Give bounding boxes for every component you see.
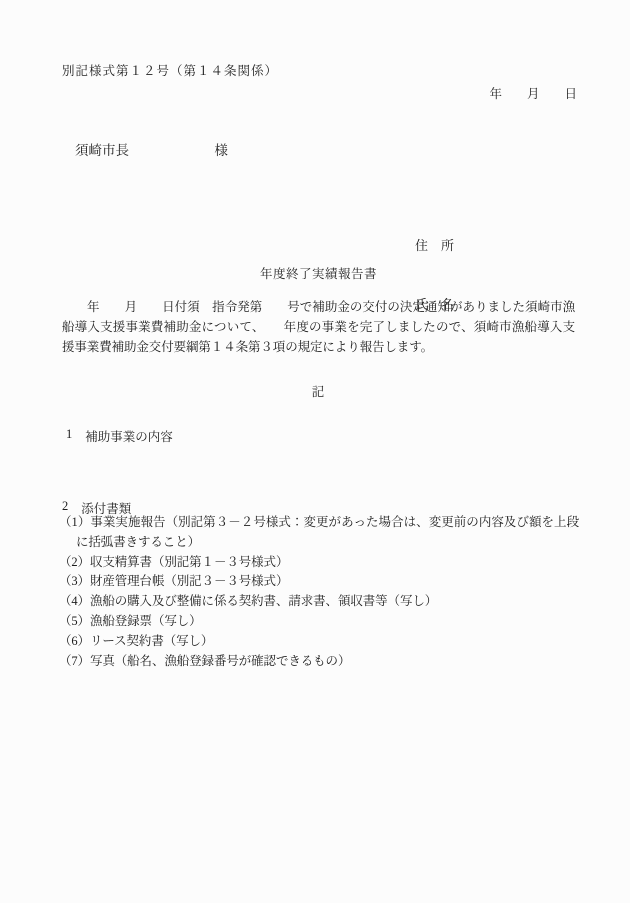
attachment-item-4: （4）漁船の購入及び整備に係る契約書、請求書、領収書等（写し） bbox=[59, 592, 579, 612]
attachment-item-5: （5）漁船登録票（写し） bbox=[59, 612, 579, 632]
body-paragraph: 年 月 日付須 指令発第 号で補助金の交付の決定通知がありました須崎市漁船導入支… bbox=[62, 297, 575, 357]
addressee-honorific: 様 bbox=[214, 143, 228, 158]
addressee-line: 須崎市長 様 bbox=[75, 139, 228, 159]
page-title: 年度終了実績報告書 bbox=[62, 264, 575, 282]
sender-address-label: 住 所 bbox=[415, 236, 454, 256]
addressee-name: 須崎市長 bbox=[75, 143, 129, 158]
attachment-item-3: （3）財産管理台帳（別記３－３号様式） bbox=[59, 572, 579, 592]
record-marker: 記 bbox=[62, 382, 575, 400]
attachment-item-6: （6）リース契約書（写し） bbox=[59, 632, 579, 652]
attachment-item-2: （2）収支精算書（別記第１－３号様式） bbox=[59, 553, 579, 573]
section-1-title: 補助事業の内容 bbox=[85, 427, 173, 445]
attachment-item-1: （1）事業実施報告（別記第３－２号様式：変更があった場合は、変更前の内容及び額を… bbox=[59, 513, 579, 553]
form-number-line: 別記様式第１２号（第１４条関係） bbox=[62, 61, 278, 79]
attachment-item-7: （7）写真（船名、漁船登録番号が確認できるもの） bbox=[59, 652, 579, 672]
attachment-list: （1）事業実施報告（別記第３－２号様式：変更があった場合は、変更前の内容及び額を… bbox=[59, 513, 579, 671]
section-1-number: 1 bbox=[66, 427, 72, 445]
section-1-heading: 1 補助事業の内容 bbox=[66, 427, 173, 445]
date-blank-line: 年 月 日 bbox=[489, 84, 577, 102]
document-page: 別記様式第１２号（第１４条関係） 年 月 日 須崎市長 様 住 所 氏 名 年度… bbox=[0, 0, 630, 903]
